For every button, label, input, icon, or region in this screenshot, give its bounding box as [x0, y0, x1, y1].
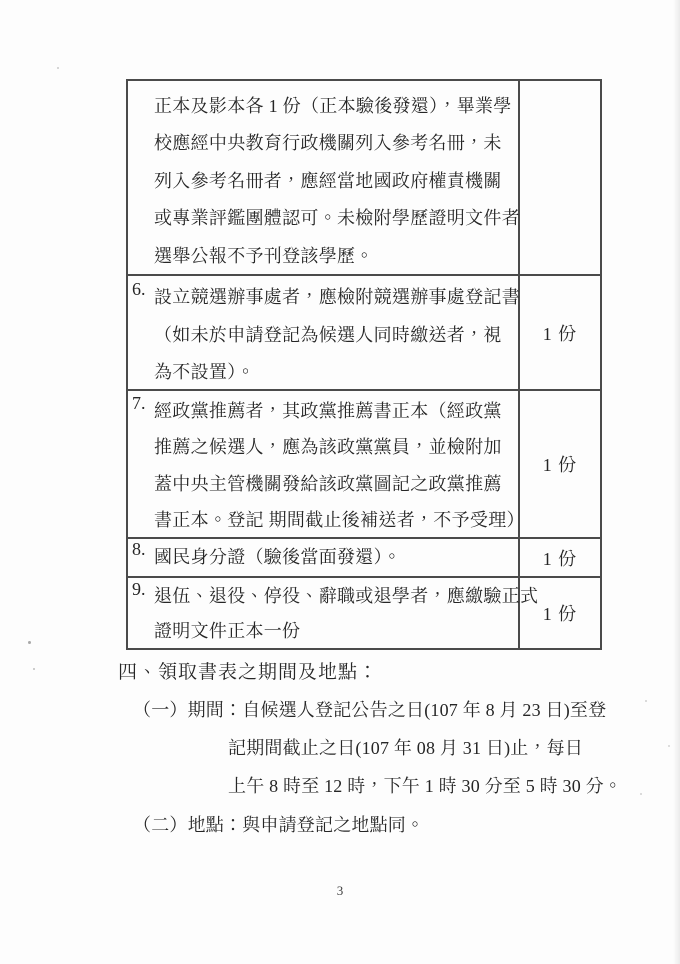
description-line: 選舉公報不予刊登該學歷。 [154, 238, 517, 275]
table-cell-quantity [518, 81, 600, 274]
row-number: 6. [132, 279, 146, 300]
section-four-item-one: （一）期間：自候選人登記公告之日(107 年 8 月 23 日)至登 [133, 696, 606, 722]
description-lines: 國民身分證（驗後當面發還）。 [128, 539, 518, 576]
description-line: 為不設置）。 [154, 354, 517, 392]
table-row: 8. 國民身分證（驗後當面發還）。 1 份 [128, 537, 600, 576]
table-cell-description: 7. 經政黨推薦者，其政黨推薦書正本（經政黨 推薦之候選人，應為該政黨黨員，並檢… [128, 391, 518, 537]
scan-speck [57, 67, 59, 69]
page-number: 3 [0, 883, 680, 899]
quantity-value: 1 份 [543, 451, 578, 477]
table-row: 正本及影本各 1 份（正本驗後發還），畢業學 校應經中央教育行政機關列入參考名冊… [128, 81, 600, 274]
description-line: 設立競選辦事處者，應檢附競選辦事處登記書 [154, 279, 517, 317]
description-lines: 設立競選辦事處者，應檢附競選辦事處登記書 （如未於申請登記為候選人同時繳送者，視… [128, 276, 518, 392]
item-one-label: （一）期間： [133, 700, 242, 720]
description-line: 書正本。登記 期間截止後補送者，不予受理） [154, 502, 517, 538]
row-number: 8. [132, 539, 146, 560]
table-cell-description: 8. 國民身分證（驗後當面發還）。 [128, 539, 518, 576]
row-number: 7. [132, 393, 146, 414]
table-cell-quantity: 1 份 [518, 391, 600, 537]
table-cell-quantity: 1 份 [518, 539, 600, 576]
description-lines: 經政黨推薦者，其政黨推薦書正本（經政黨 推薦之候選人，應為該政黨黨員，並檢附加 … [128, 391, 518, 539]
description-lines: 正本及影本各 1 份（正本驗後發還），畢業學 校應經中央教育行政機關列入參考名冊… [128, 81, 518, 275]
table-row: 6. 設立競選辦事處者，應檢附競選辦事處登記書 （如未於申請登記為候選人同時繳送… [128, 274, 600, 389]
description-line: 推薦之候選人，應為該政黨黨員，並檢附加 [154, 429, 517, 465]
quantity-value: 1 份 [543, 545, 578, 571]
scan-speck [640, 793, 642, 795]
table-cell-description: 9. 退伍、退役、停役、辭職或退學者，應繳驗正式 證明文件正本一份 [128, 578, 518, 648]
item-two-label: （二）地點： [133, 815, 242, 835]
section-four-item-two: （二）地點：與申請登記之地點同。 [133, 811, 424, 837]
section-four-heading: 四、領取書表之期間及地點： [118, 657, 378, 684]
table-cell-description: 6. 設立競選辦事處者，應檢附競選辦事處登記書 （如未於申請登記為候選人同時繳送… [128, 276, 518, 389]
item-two-line1: 與申請登記之地點同。 [242, 815, 424, 835]
description-line: 校應經中央教育行政機關列入參考名冊，未 [154, 125, 517, 162]
scanned-document-page: 正本及影本各 1 份（正本驗後發還），畢業學 校應經中央教育行政機關列入參考名冊… [0, 0, 680, 964]
quantity-value: 1 份 [543, 600, 578, 626]
table-row: 9. 退伍、退役、停役、辭職或退學者，應繳驗正式 證明文件正本一份 1 份 [128, 576, 600, 648]
description-line: 證明文件正本一份 [154, 614, 517, 649]
scan-speck [645, 700, 647, 702]
description-line: 蓋中央主管機關發給該政黨圖記之政黨推薦 [154, 466, 517, 502]
description-line: 退伍、退役、停役、辭職或退學者，應繳驗正式 [154, 579, 517, 614]
table-cell-description: 正本及影本各 1 份（正本驗後發還），畢業學 校應經中央教育行政機關列入參考名冊… [128, 81, 518, 274]
description-lines: 退伍、退役、停役、辭職或退學者，應繳驗正式 證明文件正本一份 [128, 578, 518, 649]
scan-speck [33, 668, 35, 670]
table-cell-quantity: 1 份 [518, 276, 600, 389]
table-row: 7. 經政黨推薦者，其政黨推薦書正本（經政黨 推薦之候選人，應為該政黨黨員，並檢… [128, 389, 600, 537]
description-line: 正本及影本各 1 份（正本驗後發還），畢業學 [154, 88, 517, 125]
item-one-line3: 上午 8 時至 12 時，下午 1 時 30 分至 5 時 30 分。 [228, 772, 622, 798]
row-number: 9. [132, 579, 146, 600]
quantity-value: 1 份 [543, 320, 578, 346]
scan-edge-shadow [673, 0, 680, 964]
description-line: （如未於申請登記為候選人同時繳送者，視 [154, 317, 517, 355]
item-one-line1: 自候選人登記公告之日(107 年 8 月 23 日)至登 [242, 700, 606, 720]
description-line: 經政黨推薦者，其政黨推薦書正本（經政黨 [154, 393, 517, 429]
description-line: 或專業評鑑團體認可。未檢附學歷證明文件者 [154, 200, 517, 237]
item-one-line2: 記期間截止之日(107 年 08 月 31 日)止，每日 [228, 734, 583, 760]
description-line: 國民身分證（驗後當面發還）。 [154, 539, 517, 576]
scan-speck [668, 745, 670, 747]
scan-speck [28, 641, 31, 644]
requirements-table: 正本及影本各 1 份（正本驗後發還），畢業學 校應經中央教育行政機關列入參考名冊… [126, 79, 602, 650]
description-line: 列入參考名冊者，應經當地國政府權責機關 [154, 163, 517, 200]
